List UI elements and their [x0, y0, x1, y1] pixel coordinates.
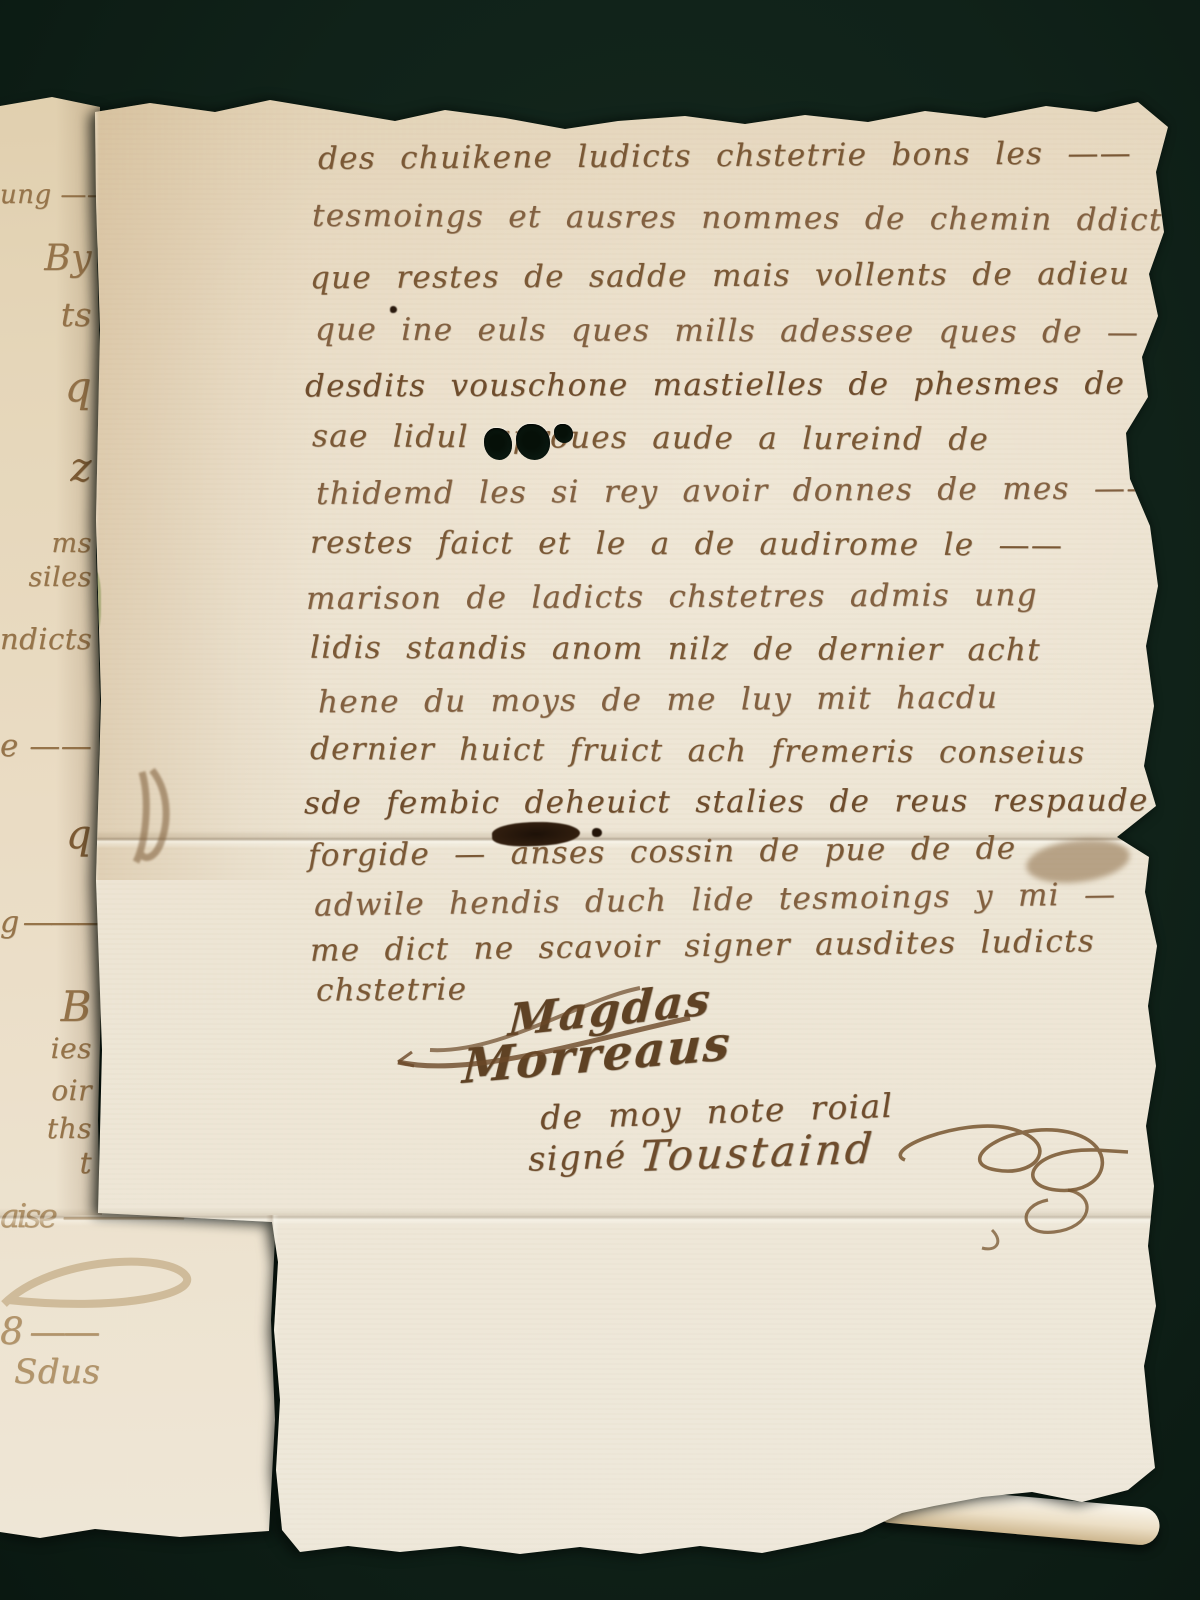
text-line: que ine euls ques mills adessee ques de …: [315, 312, 1139, 351]
text-line: que restes de sadde mais vollents de adi…: [310, 256, 1130, 296]
fold-crease-vertical: [266, 1215, 279, 1550]
ink-blot: [592, 828, 602, 837]
text-line: forgide — anses cossin de pue de de: [308, 830, 1017, 873]
worm-hole: [84, 672, 96, 690]
text-line: des chuikene ludicts chstetrie bons les …: [318, 135, 1132, 177]
text-line: tesmoings et ausres nommes de chemin ddi…: [312, 198, 1163, 238]
worm-hole: [484, 428, 512, 460]
worm-hole: [554, 424, 573, 443]
text-line: dernier huict fruict ach fremeris consei…: [310, 731, 1086, 771]
text-line: marison de ladicts chstetres admis ung: [306, 577, 1038, 617]
text-line: thidemd les si rey avoir donnes de mes —…: [316, 470, 1159, 512]
worm-hole: [516, 424, 550, 460]
fold-crease-horizontal: [90, 1208, 1165, 1226]
manuscript-page-wrap: des chuikene ludicts chstetrie bons les …: [0, 0, 1200, 1600]
notary-signature: Toustaind: [638, 1124, 876, 1181]
worm-hole: [82, 698, 96, 710]
text-line: sde fembic deheuict stalies de reus resp…: [304, 783, 1149, 822]
margin-stain: [95, 100, 315, 880]
manuscript-photo: ung ——— By ts q z ms siles ndicts e —— q…: [0, 0, 1200, 1600]
ink-dot: [390, 306, 397, 313]
text-line: restes faict et le a de audirome le ——: [310, 525, 1063, 564]
text-line: lidis standis anom nilz de dernier acht: [310, 630, 1041, 669]
residue-patch: [78, 566, 101, 640]
text-line: chstetrie: [316, 971, 468, 1008]
residue-patch: [79, 644, 99, 688]
text-line: hene du moys de me luy mit hacdu: [318, 680, 998, 721]
notary-signed-prefix: signé: [527, 1136, 627, 1179]
text-line: sae lidul aproues aude a lureind de: [312, 418, 989, 458]
fold-crease-vertical: [86, 104, 99, 1216]
manuscript-page: des chuikene ludicts chstetrie bons les …: [0, 0, 1200, 1600]
text-line: desdits vouschone mastielles de phesmes …: [305, 366, 1125, 405]
